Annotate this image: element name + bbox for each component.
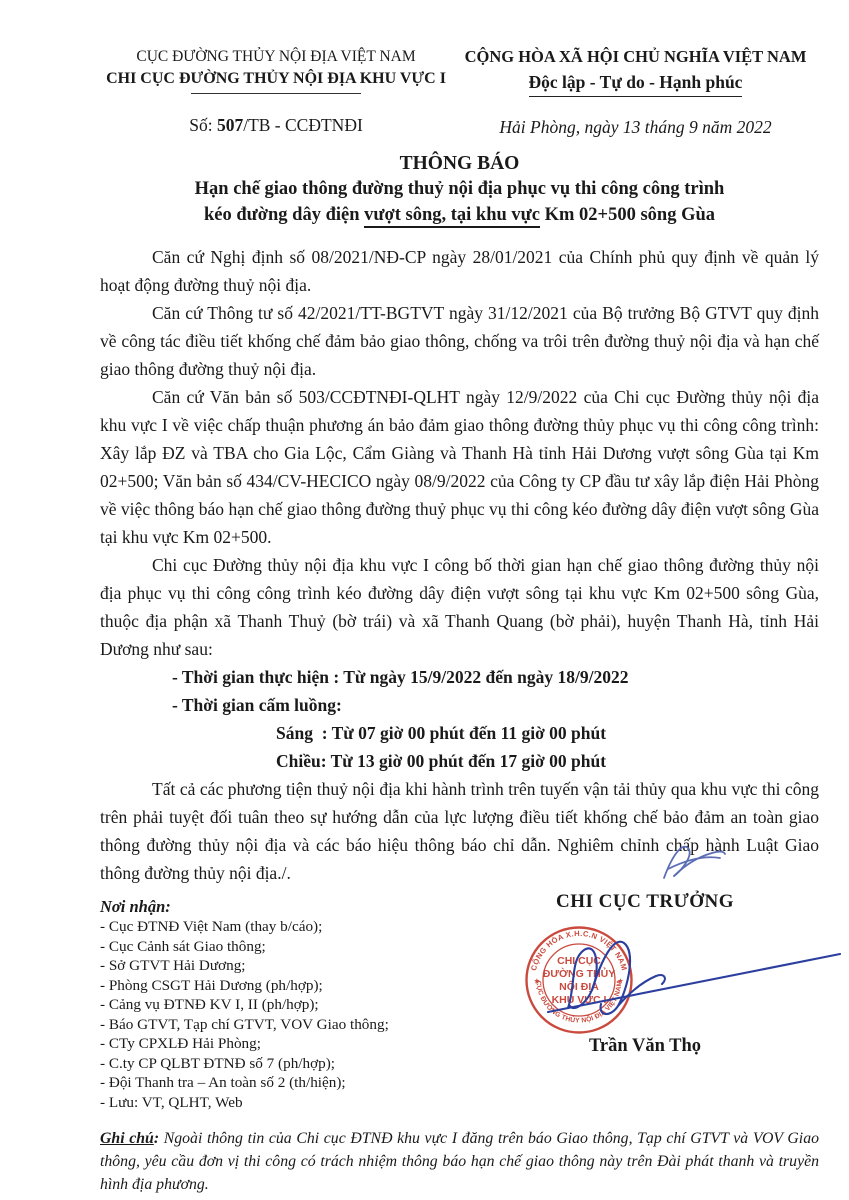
place-and-date: Hải Phòng, ngày 13 tháng 9 năm 2022 <box>452 117 819 138</box>
paragraph-legal-basis-1: Căn cứ Nghị định số 08/2021/NĐ-CP ngày 2… <box>100 243 819 299</box>
issuing-authority: CHI CỤC ĐƯỜNG THỦY NỘI ĐỊA KHU VỰC I <box>100 67 452 90</box>
document-page: CỤC ĐƯỜNG THỦY NỘI ĐỊA VIỆT NAM CHI CỤC … <box>0 0 849 1200</box>
schedule-closure-heading: - Thời gian cấm luồng: <box>172 691 819 719</box>
recipient-item: - CTy CPXLĐ Hải Phòng; <box>100 1034 500 1054</box>
paragraph-legal-basis-3: Căn cứ Văn bản số 503/CCĐTNĐI-QLHT ngày … <box>100 383 819 551</box>
parent-authority: CỤC ĐƯỜNG THỦY NỘI ĐỊA VIỆT NAM <box>100 46 452 67</box>
header-divider <box>191 93 361 94</box>
schedule-morning-closure: Sáng : Từ 07 giờ 00 phút đến 11 giờ 00 p… <box>276 719 819 747</box>
document-number-suffix: /TB - CCĐTNĐI <box>243 115 363 135</box>
signer-title: CHI CỤC TRƯỞNG <box>480 891 810 913</box>
national-motto-line1: CỘNG HÒA XÃ HỘI CHỦ NGHĨA VIỆT NAM <box>452 46 819 68</box>
footnote-label: Ghi chú <box>100 1130 154 1147</box>
recipient-item: - Phòng CSGT Hải Dương (ph/hợp); <box>100 976 500 996</box>
signer-name: Trần Văn Thọ <box>480 1036 810 1057</box>
document-number: Số: 507/TB - CCĐTNĐI <box>100 115 452 136</box>
document-subtitle-line1: Hạn chế giao thông đường thuỷ nội địa ph… <box>100 176 819 202</box>
recipients-block: Nơi nhận: - Cục ĐTNĐ Việt Nam (thay b/cá… <box>100 896 500 1112</box>
director-signature <box>538 926 848 1026</box>
document-subtitle-line2: kéo đường dây điện vượt sông, tại khu vự… <box>100 202 819 228</box>
recipients-title: Nơi nhận: <box>100 896 500 917</box>
recipient-item: - Lưu: VT, QLHT, Web <box>100 1093 500 1113</box>
footnote-text: Ngoài thông tin của Chi cục ĐTNĐ khu vực… <box>100 1130 819 1193</box>
recipient-item: - Cục Cảnh sát Giao thông; <box>100 937 500 957</box>
schedule-implementation-period: - Thời gian thực hiện : Từ ngày 15/9/202… <box>172 663 819 691</box>
national-motto-line2: Độc lập - Tự do - Hạnh phúc <box>452 70 819 97</box>
subtitle-underlined-phrase: vượt sông, tại khu vực <box>364 205 540 228</box>
paragraph-legal-basis-2: Căn cứ Thông tư số 42/2021/TT-BGTVT ngày… <box>100 299 819 383</box>
national-motto-block: CỘNG HÒA XÃ HỘI CHỦ NGHĨA VIỆT NAM Độc l… <box>452 46 819 138</box>
issuing-authority-block: CỤC ĐƯỜNG THỦY NỘI ĐỊA VIỆT NAM CHI CỤC … <box>100 46 452 138</box>
footnote: Ghi chú: Ngoài thông tin của Chi cục ĐTN… <box>100 1127 819 1196</box>
recipient-item: - Báo GTVT, Tạp chí GTVT, VOV Giao thông… <box>100 1015 500 1035</box>
paragraph-announcement: Chi cục Đường thủy nội địa khu vực I côn… <box>100 551 819 663</box>
recipient-item: - Cảng vụ ĐTNĐ KV I, II (ph/hợp); <box>100 995 500 1015</box>
document-heading: THÔNG BÁO <box>100 151 819 176</box>
document-header: CỤC ĐƯỜNG THỦY NỘI ĐỊA VIỆT NAM CHI CỤC … <box>100 46 819 138</box>
initials-paraph <box>652 836 732 884</box>
title-block: THÔNG BÁO Hạn chế giao thông đường thuỷ … <box>100 151 819 228</box>
recipient-item: - Sở GTVT Hải Dương; <box>100 956 500 976</box>
recipient-item: - Đội Thanh tra – An toàn số 2 (th/hiện)… <box>100 1073 500 1093</box>
document-number-value: 507 <box>217 115 243 135</box>
schedule-afternoon-closure: Chiều: Từ 13 giờ 00 phút đến 17 giờ 00 p… <box>276 747 819 775</box>
recipient-item: - Cục ĐTNĐ Việt Nam (thay b/cáo); <box>100 917 500 937</box>
recipient-item: - C.ty CP QLBT ĐTNĐ số 7 (ph/hợp); <box>100 1054 500 1074</box>
document-body: Căn cứ Nghị định số 08/2021/NĐ-CP ngày 2… <box>100 243 819 887</box>
document-number-label: Số: <box>189 115 212 135</box>
